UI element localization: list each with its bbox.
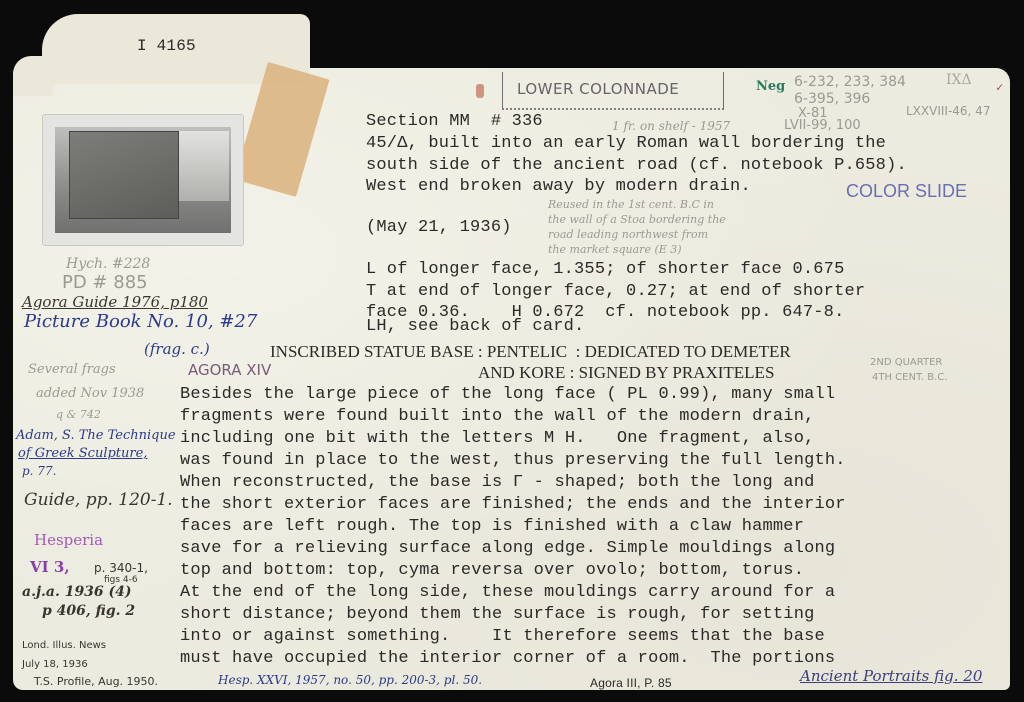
neg-label: Neg [756,79,785,94]
ancient-portraits-ref: Ancient Portraits fig. 20 [800,667,982,685]
statue-base-image [69,131,179,219]
find-date: (May 21, 1936) [366,217,512,239]
dimension-line-1: L of longer face, 1.355; of shorter face… [366,259,844,281]
neg-number-1: 6-232, 233, 384 [794,74,906,90]
body-line-11: short distance; beyond them the surface … [180,604,815,626]
london-news-1: Lond. Illus. News [22,640,106,651]
body-line-1: Besides the large piece of the long face… [180,384,835,406]
section-line: Section MM # 336 [366,111,543,133]
aja-ref-1: a.j.a. 1936 (4) [22,584,132,600]
pencil-ref-2: PD # 885 [62,272,148,293]
pencil-note-2: the wall of a Stoa bordering the [548,213,726,226]
body-line-8: save for a relieving surface along edge.… [180,538,835,560]
several-frags-1: Several frags [28,362,116,377]
neg-extra: LXXVIII-46, 47 [906,104,990,118]
adam-ref-3: p. 77. [22,464,56,478]
date-note-1: 2ND QUARTER [870,357,942,368]
pencil-note-3: road leading northwest from [548,228,708,241]
location-stamp-text: LOWER COLONNADE [517,80,679,98]
several-frags-3: q & 742 [56,408,101,421]
hesperia-pages: p. 340-1, [94,561,148,575]
body-line-12: into or against something. It therefore … [180,626,825,648]
description-line-3: West end broken away by modern drain. [366,176,751,198]
body-line-4: was found in place to the west, thus pre… [180,450,846,472]
pencil-ref-1: Hych. #228 [66,256,150,272]
body-line-5: When reconstructed, the base is Γ - shap… [180,472,815,494]
agora-iii-ref: Agora III, P. 85 [590,673,672,695]
body-line-9: top and bottom: top, cyma reversa over o… [180,560,804,582]
hesperia-stamp: Hesperia [34,531,103,549]
object-title-line-2: AND KORE : SIGNED BY PRAXITELES [478,362,774,384]
guide-ref: Guide, pp. 120-1. [24,490,173,510]
neg-number-2: 6-395, 396 [794,91,870,107]
object-photo [42,114,244,246]
adam-ref-2: of Greek Sculpture, [18,446,147,461]
body-line-6: the short exterior faces are finished; t… [180,494,846,516]
neg-number-4: LVII-99, 100 [784,118,861,133]
pencil-note-1: Reused in the 1st cent. B.C in [548,198,714,211]
agora-xiv-stamp: AGORA XIV [188,361,271,379]
adam-ref-1: Adam, S. The Technique [16,428,176,443]
object-title-line-1: INSCRIBED STATUE BASE : PENTELIC : DEDIC… [270,341,791,363]
body-line-7: faces are left rough. The top is finishe… [180,516,804,538]
date-note-2: 4TH CENT. B.C. [872,372,947,383]
aja-ref-2: p 406, fig. 2 [42,603,135,619]
description-line-1: 45/Δ, built into an early Roman wall bor… [366,133,886,155]
stain-mark [476,84,484,98]
location-stamp: LOWER COLONNADE [502,72,724,110]
pencil-note-4: the market square (E 3) [548,243,682,256]
corner-mark: IXΔ [946,72,972,88]
hesperia-bottom-ref: Hesp. XXVI, 1957, no. 50, pp. 200-3, pl.… [218,673,482,687]
check-icon: ✓ [996,80,1003,95]
body-line-2: fragments were found built into the wall… [180,406,815,428]
several-frags-2: added Nov 1938 [36,386,144,401]
hesperia-volume-stamp: VI 3, [30,558,70,576]
ts-profile-ref: T.S. Profile, Aug. 1950. [34,675,158,688]
body-line-10: At the end of the long side, these mould… [180,582,835,604]
fragment-c-note: (frag. c.) [144,340,210,358]
color-slide-stamp: COLOR SLIDE [846,181,967,202]
agora-guide-ref: Agora Guide 1976, p180 [22,293,208,311]
photo-image [55,127,231,233]
london-news-2: July 18, 1936 [22,659,88,670]
card-tab-edge [13,56,53,96]
photo-background [179,131,229,201]
dimension-line-4: LH, see back of card. [366,316,584,338]
dimension-line-2: T at end of longer face, 0.27; at end of… [366,281,865,303]
body-line-3: including one bit with the letters M H. … [180,428,815,450]
picture-book-ref: Picture Book No. 10, #27 [24,311,257,332]
shelf-note: 1 fr. on shelf - 1957 [612,119,730,133]
catalog-number: I 4165 [137,36,196,58]
body-line-13: must have occupied the interior corner o… [180,648,835,670]
description-line-2: south side of the ancient road (cf. note… [366,155,907,177]
